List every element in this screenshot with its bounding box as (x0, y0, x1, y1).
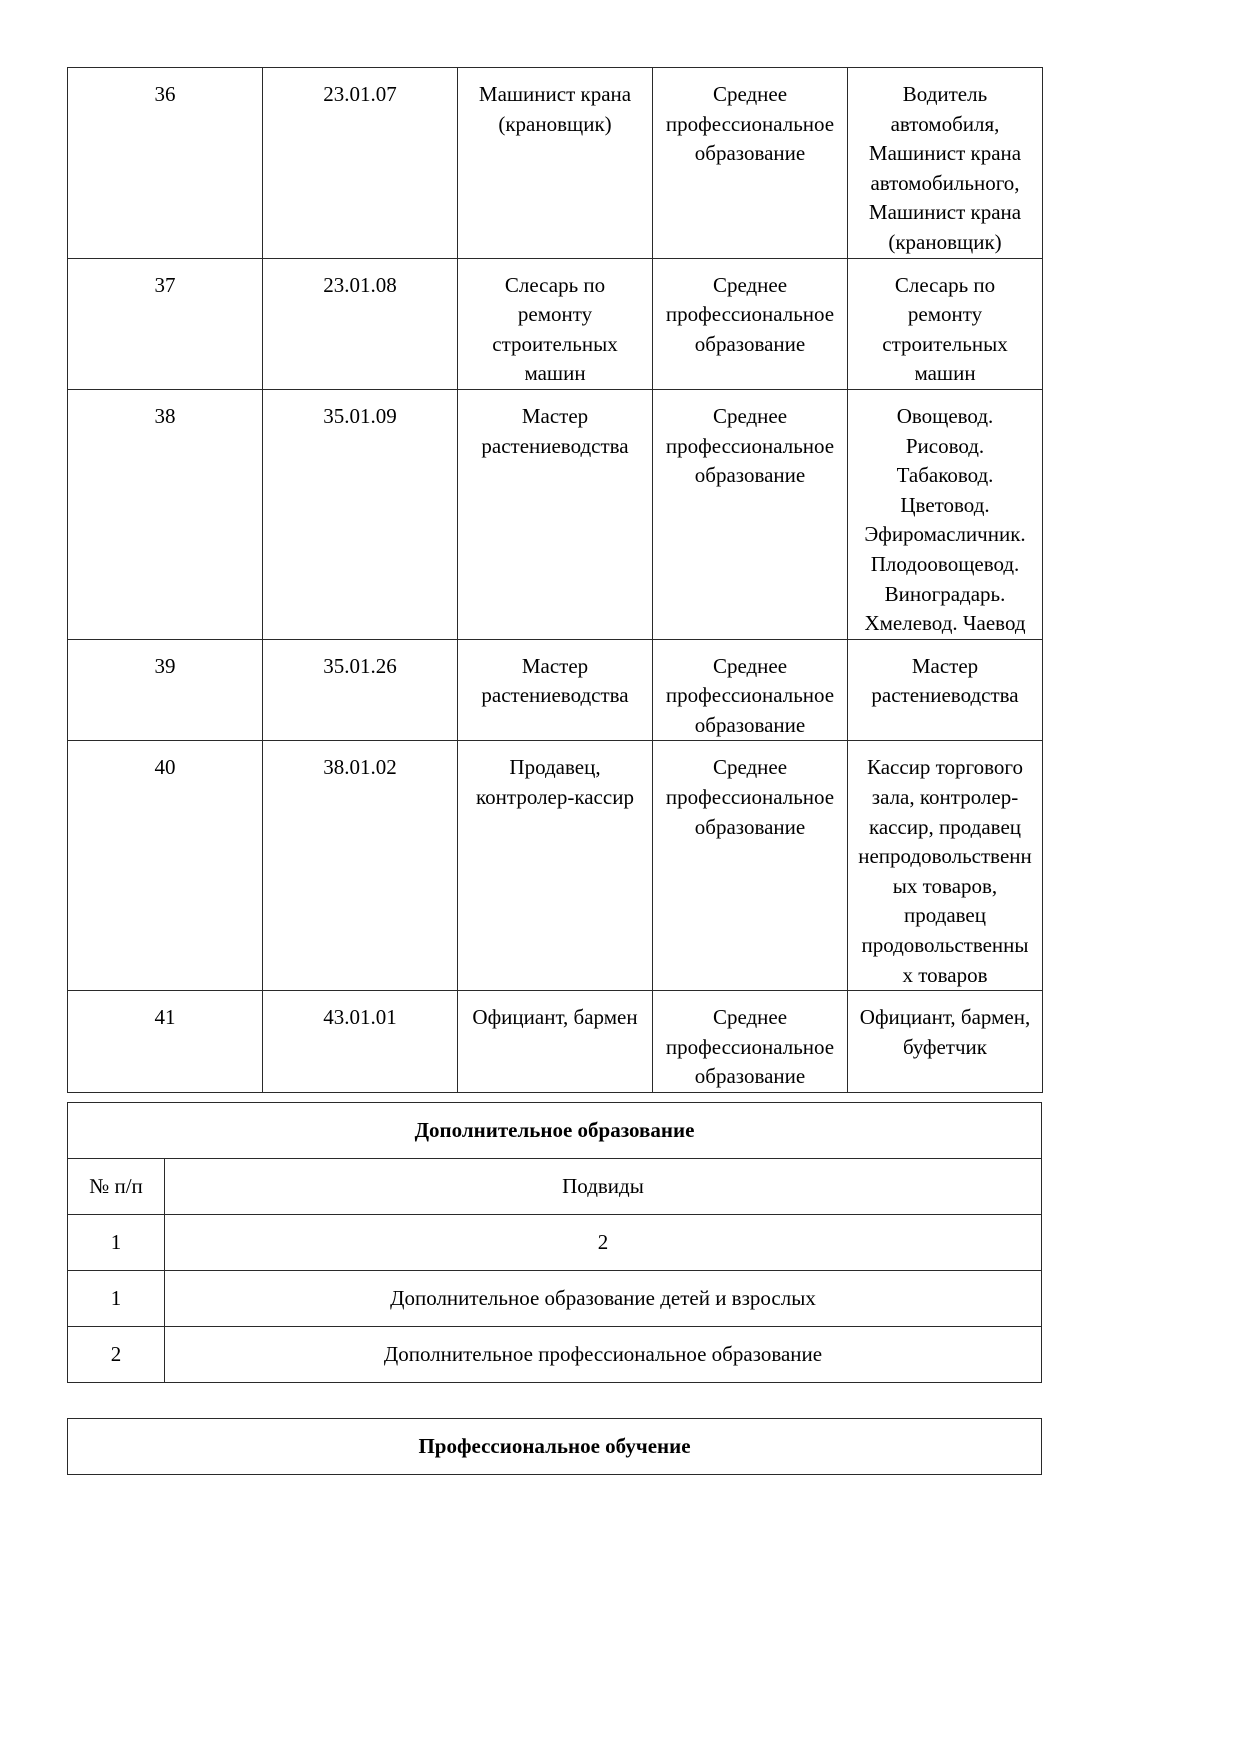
table-row: 40 38.01.02 Продавец, контролер-кассир С… (68, 741, 1043, 991)
additional-education-table: Дополнительное образование № п/п Подвиды… (67, 1102, 1042, 1383)
qualification: Мастер растениеводства (848, 639, 1043, 741)
table-row: 38 35.01.09 Мастер растениеводства Средн… (68, 389, 1043, 639)
qualification: Овощевод. Рисовод. Табаковод. Цветовод. … (848, 389, 1043, 639)
qualification: Слесарь по ремонту строительных машин (848, 258, 1043, 389)
subtype-name: Дополнительное образование детей и взрос… (165, 1271, 1042, 1327)
column-index-number: 1 (68, 1215, 165, 1271)
education-level: Среднее профессиональное образование (653, 741, 848, 991)
row-number: 40 (68, 741, 263, 991)
profession-code: 35.01.09 (263, 389, 458, 639)
profession-code: 38.01.02 (263, 741, 458, 991)
profession-name: Продавец, контролер-кассир (458, 741, 653, 991)
row-number: 39 (68, 639, 263, 741)
table-row: 1 Дополнительное образование детей и взр… (68, 1271, 1042, 1327)
column-index-subtypes: 2 (165, 1215, 1042, 1271)
qualification: Водитель автомобиля, Машинист крана авто… (848, 68, 1043, 259)
education-level: Среднее профессиональное образование (653, 991, 848, 1093)
profession-name: Слесарь по ремонту строительных машин (458, 258, 653, 389)
row-number: 2 (68, 1327, 165, 1383)
table-row: 36 23.01.07 Машинист крана (крановщик) С… (68, 68, 1043, 259)
profession-name: Мастер растениеводства (458, 389, 653, 639)
qualification: Кассир торгового зала, контролер- кассир… (848, 741, 1043, 991)
profession-name: Мастер растениеводства (458, 639, 653, 741)
row-number: 37 (68, 258, 263, 389)
profession-code: 23.01.08 (263, 258, 458, 389)
table-title-row: Дополнительное образование (68, 1103, 1042, 1159)
profession-code: 35.01.26 (263, 639, 458, 741)
profession-name: Официант, бармен (458, 991, 653, 1093)
profession-name: Машинист крана (крановщик) (458, 68, 653, 259)
column-index-row: 1 2 (68, 1215, 1042, 1271)
row-number: 38 (68, 389, 263, 639)
professional-training-table: Профессиональное обучение (67, 1418, 1042, 1475)
education-level: Среднее профессиональное образование (653, 258, 848, 389)
table-header-row: № п/п Подвиды (68, 1159, 1042, 1215)
education-level: Среднее профессиональное образование (653, 639, 848, 741)
table-row: 2 Дополнительное профессиональное образо… (68, 1327, 1042, 1383)
section-title: Дополнительное образование (68, 1103, 1042, 1159)
profession-code: 23.01.07 (263, 68, 458, 259)
table-title-row: Профессиональное обучение (68, 1419, 1042, 1475)
row-number: 36 (68, 68, 263, 259)
table-row: 37 23.01.08 Слесарь по ремонту строитель… (68, 258, 1043, 389)
education-level: Среднее профессиональное образование (653, 389, 848, 639)
column-header-subtypes: Подвиды (165, 1159, 1042, 1215)
table-row: 39 35.01.26 Мастер растениеводства Средн… (68, 639, 1043, 741)
row-number: 1 (68, 1271, 165, 1327)
profession-code: 43.01.01 (263, 991, 458, 1093)
section-title: Профессиональное обучение (68, 1419, 1042, 1475)
column-header-number: № п/п (68, 1159, 165, 1215)
row-number: 41 (68, 991, 263, 1093)
table-row: 41 43.01.01 Официант, бармен Среднее про… (68, 991, 1043, 1093)
education-level: Среднее профессиональное образование (653, 68, 848, 259)
subtype-name: Дополнительное профессиональное образова… (165, 1327, 1042, 1383)
professions-table: 36 23.01.07 Машинист крана (крановщик) С… (67, 67, 1043, 1093)
qualification: Официант, бармен, буфетчик (848, 991, 1043, 1093)
